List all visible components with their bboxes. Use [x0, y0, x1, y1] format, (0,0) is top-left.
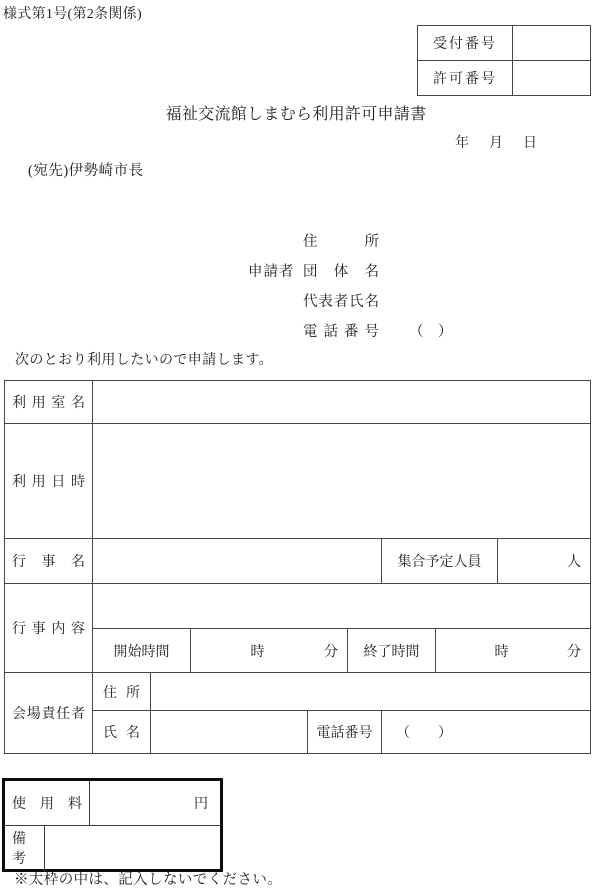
manager-phone-label-cell: 電話番号	[308, 711, 382, 754]
datetime-value-cell	[93, 424, 591, 539]
applicant-representative-row: 代表者氏名	[248, 285, 453, 315]
event-content-value-cell	[93, 584, 591, 629]
room-label: 利用室名	[5, 392, 92, 412]
manager-name-label: 氏名	[93, 722, 150, 742]
applicant-phone-value: （ ）	[409, 320, 453, 341]
applicant-phone-label: 電話番号	[303, 320, 379, 341]
end-hour-unit: 時	[436, 641, 567, 661]
start-time-units: 時 分	[191, 641, 347, 661]
fee-value-cell: 円	[90, 780, 222, 826]
permit-number-label: 許可番号	[418, 61, 513, 96]
number-table: 受付番号 許可番号	[417, 25, 591, 96]
manager-phone-value-cell: （ ）	[382, 711, 591, 754]
end-time-value-cell: 時 分	[436, 629, 591, 673]
start-minute-unit: 分	[324, 641, 347, 661]
start-time-value-cell: 時 分	[191, 629, 348, 673]
end-minute-unit: 分	[567, 641, 590, 661]
remarks-label-cell: 備考	[4, 826, 45, 871]
manager-address-row: 会場責任者 住所	[5, 673, 591, 711]
applicant-prefix: 申請者	[248, 260, 303, 281]
capacity-value-cell: 人	[498, 539, 591, 584]
event-label: 行事名	[5, 551, 92, 571]
end-time-units: 時 分	[436, 641, 590, 661]
applicant-block: 住所 申請者 団体名 代表者氏名 電話番号 （ ）	[248, 225, 453, 345]
remarks-value-cell	[45, 826, 222, 871]
fee-unit: 円	[194, 797, 208, 812]
reception-number-label: 受付番号	[418, 26, 513, 61]
start-hour-unit: 時	[191, 641, 324, 661]
date-line: 年 月 日	[455, 132, 540, 152]
fee-row: 使用料 円	[4, 780, 222, 826]
manager-name-value-cell	[151, 711, 308, 754]
datetime-label-cell: 利用日時	[5, 424, 93, 539]
addressee-line: (宛先)伊勢崎市長	[28, 159, 144, 180]
start-time-label-cell: 開始時間	[93, 629, 191, 673]
datetime-row: 利用日時	[5, 424, 591, 539]
end-time-label-cell: 終了時間	[348, 629, 436, 673]
room-value-cell	[93, 381, 591, 424]
applicant-group-row: 申請者 団体名	[248, 255, 453, 285]
applicant-representative-label: 代表者氏名	[303, 290, 379, 311]
manager-name-label-cell: 氏名	[93, 711, 151, 754]
room-label-cell: 利用室名	[5, 381, 93, 424]
manager-address-label: 住所	[93, 682, 150, 702]
reception-number-value-cell	[513, 26, 591, 61]
applicant-group-label: 団体名	[303, 260, 379, 281]
remarks-row: 備考	[4, 826, 222, 871]
form-page: 様式第1号(第2条関係) 受付番号 許可番号 福祉交流館しまむら利用許可申請書 …	[0, 0, 592, 892]
time-row: 開始時間 時 分 終了時間 時 分	[5, 629, 591, 673]
declaration-line: 次のとおり利用したいので申請します。	[15, 349, 273, 369]
applicant-phone-row: 電話番号 （ ）	[248, 315, 453, 345]
event-content-label: 行事内容	[5, 618, 92, 638]
applicant-address-label: 住所	[303, 230, 379, 251]
event-row: 行事名 集合予定人員 人	[5, 539, 591, 584]
applicant-address-row: 住所	[248, 225, 453, 255]
room-row: 利用室名	[5, 381, 591, 424]
manager-address-label-cell: 住所	[93, 673, 151, 711]
manager-address-value-cell	[151, 673, 591, 711]
footnote: ※太枠の中は、記入しないでください。	[14, 868, 282, 889]
page-title: 福祉交流館しまむら利用許可申請書	[0, 101, 592, 124]
permit-number-row: 許可番号	[418, 61, 591, 96]
capacity-label-cell: 集合予定人員	[382, 539, 498, 584]
event-content-label-cell: 行事内容	[5, 584, 93, 673]
fee-label: 使用料	[5, 793, 89, 813]
event-value-cell	[93, 539, 382, 584]
remarks-label: 備考	[5, 828, 44, 868]
event-content-row: 行事内容	[5, 584, 591, 629]
manager-label-cell: 会場責任者	[5, 673, 93, 754]
event-label-cell: 行事名	[5, 539, 93, 584]
datetime-label: 利用日時	[5, 471, 92, 491]
main-table: 利用室名 利用日時 行事名 集合予定人員 人 行事内容 開始時間 時 分 終	[4, 380, 591, 754]
form-number-heading: 様式第1号(第2条関係)	[3, 3, 142, 23]
reception-number-row: 受付番号	[418, 26, 591, 61]
fee-label-cell: 使用料	[4, 780, 90, 826]
fee-table: 使用料 円 備考	[2, 778, 223, 872]
permit-number-value-cell	[513, 61, 591, 96]
manager-label: 会場責任者	[5, 703, 92, 723]
capacity-unit: 人	[567, 555, 581, 570]
manager-name-row: 氏名 電話番号 （ ）	[5, 711, 591, 754]
